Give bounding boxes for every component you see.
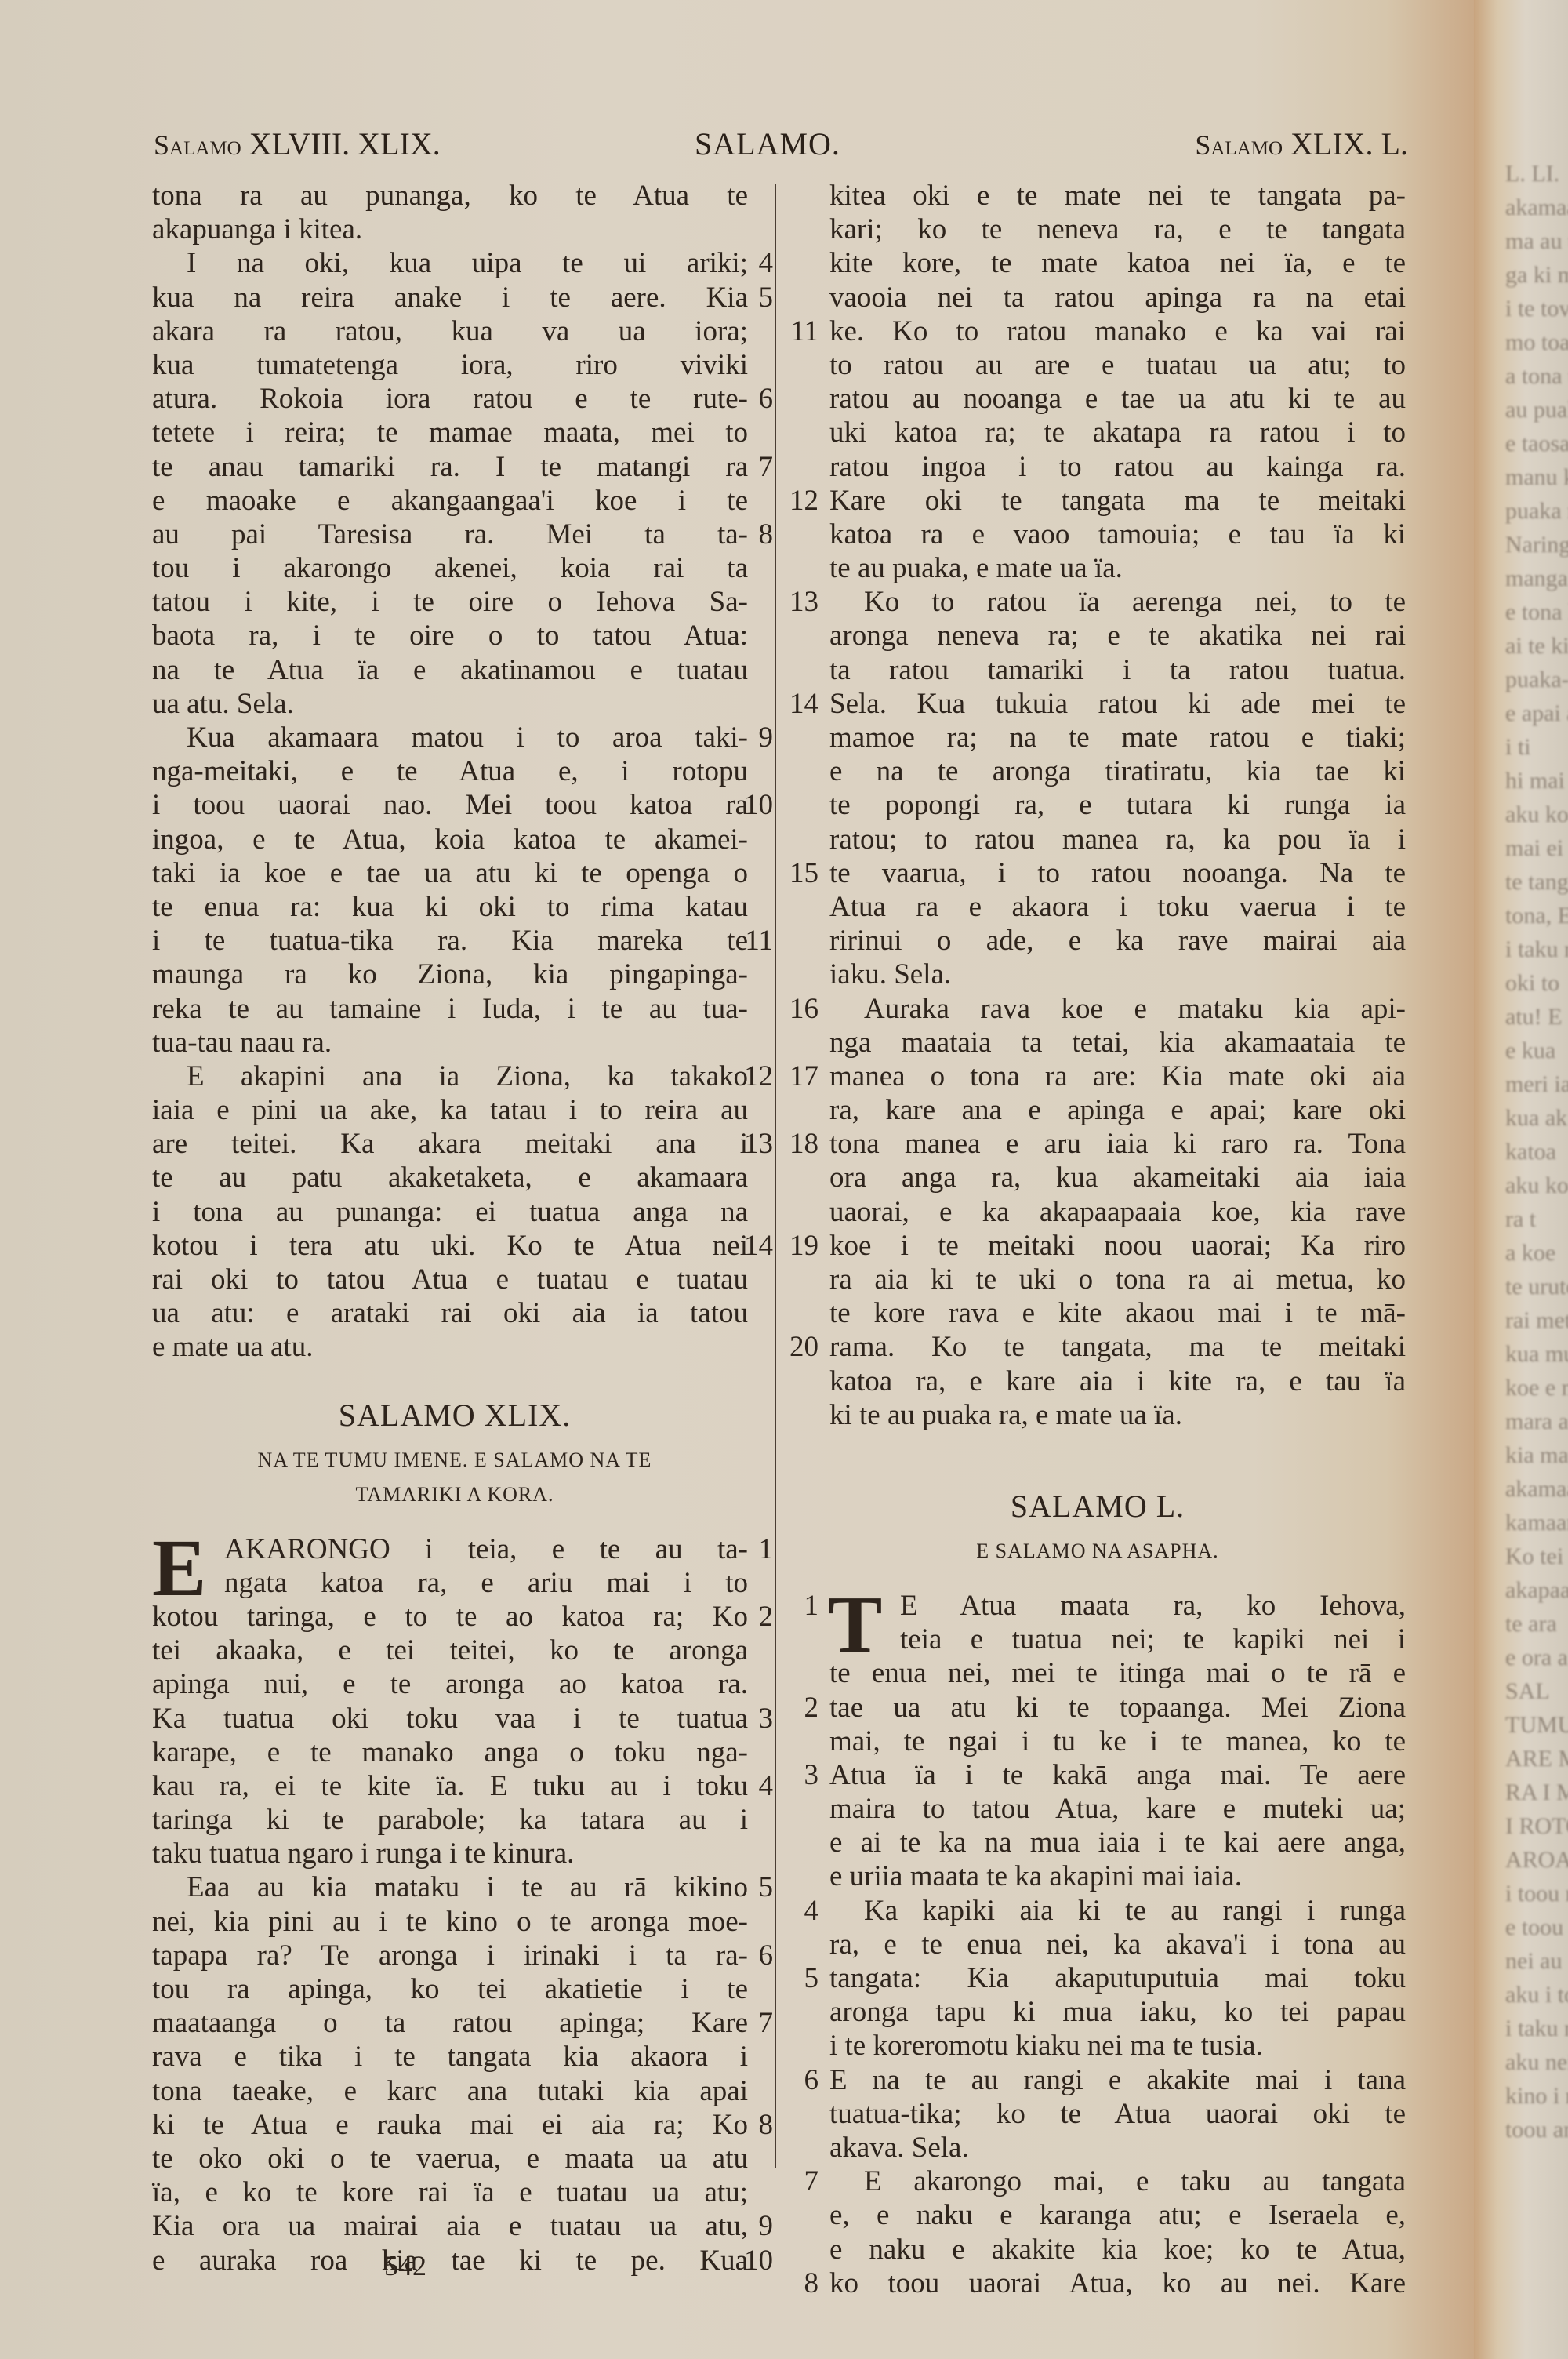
text-line: Kare oki te tangata ma te meitaki12 [784,484,1411,518]
line-text: ko toou uaorai Atua, ko au nei. Kare [829,2266,1406,2300]
text-line: apinga nui, e te aronga ao katoa ra. [152,1667,757,1701]
fragment-line: AROA m [1505,1843,1568,1877]
fragment-line: i ti [1505,730,1568,764]
line-text: uaorai, e ka akapaapaaia koe, kia rave [829,1195,1406,1229]
line-text: Auraka rava koe e mataku kia api- [829,992,1406,1026]
verse-number: 3 [784,1758,818,1792]
fragment-line: manu katoa [1505,460,1568,494]
line-text: te enua ra: kua ki oki to rima katau [152,890,748,924]
line-text: e maoake e akangaangaa'i koe i te [152,484,748,518]
verse-number: 7 [734,450,773,484]
line-text: ta ratou tamariki i ta ratou tuatua. [829,653,1406,687]
text-line: Eaa au kia mataku i te au rā kikino5 [152,1870,757,1904]
line-text: rai oki to tatou Atua e tuatau e tuatau [152,1263,748,1296]
text-line: e maoake e akangaangaa'i koe i te [152,484,757,518]
line-text: iaia e pini ua ake, ka tatau i to reira … [152,1093,748,1127]
text-line: tona taeake, e karc ana tutaki kia apai [152,2074,757,2108]
line-text: kau ra, ei te kite ïa. E tuku au i toku [152,1769,748,1803]
line-text: nei, kia pini au i te kino o te aronga m… [152,1905,748,1939]
text-line: Sela. Kua tukuia ratou ki ade mei te14 [784,687,1411,721]
psalm-title-xlix: SALAMO XLIX. [152,1388,757,1443]
text-line: ïa, e ko te kore rai ïa e tuatau ua atu; [152,2175,757,2209]
left-column: tona ra au punanga, ko te Atua teakapuan… [152,179,757,2277]
fragment-line: katoa [1505,1135,1568,1169]
line-text: ki te Atua e rauka mai ei aia ra; Ko [152,2108,748,2142]
line-text: kua tumatetenga iora, riro viviki [152,348,748,382]
text-line: kari; ko te neneva ra, e te tangata [784,213,1411,246]
line-text: ratou; to ratou manea ra, ka pou ïa i [829,823,1406,856]
text-line: uaorai, e ka akapaapaaia koe, kia rave [784,1195,1411,1229]
fragment-line: e apai atu [1505,696,1568,730]
psalm-subtitle-line-2: TAMARIKI A KORA. [152,1478,757,1512]
text-line: e mate ua atu. [152,1330,757,1364]
text-line: ngata katoa ra, e ariu mai i to [152,1566,757,1600]
line-text: taki ia koe e tae ua atu ki te openga o [152,856,748,890]
text-line: kotou i tera atu uki. Ko te Atua nei14 [152,1229,757,1263]
line-text: E na te au rangi e akakite mai i tana [829,2063,1406,2097]
text-line: aronga neneva ra; e te akatika nei rai [784,619,1411,652]
text-line: nei, kia pini au i te kino o te aronga m… [152,1905,757,1939]
fragment-line: ai te kiko b [1505,629,1568,663]
text-line: E na te au rangi e akakite mai i tana6 [784,2063,1411,2097]
line-text: tua-tau naau ra. [152,1026,748,1060]
line-text: aronga tapu ki mua iaku, ko tei papau [829,1995,1406,2029]
text-line: Ka kapiki aia ki te au rangi i runga4 [784,1894,1411,1928]
line-text: aronga neneva ra; e te akatika nei rai [829,619,1406,652]
text-line: tou ra apinga, ko tei akatietie i te [152,1972,757,2006]
line-text: i te tuatua-tika ra. Kia mareka te [152,924,748,958]
psalm-subtitle-line-1: NA TE TUMU IMENE. E SALAMO NA TE [152,1443,757,1478]
line-text: akava. Sela. [829,2131,1406,2165]
verse-number: 4 [734,246,773,280]
text-line: ki te Atua e rauka mai ei aia ra; Ko8 [152,2108,757,2142]
text-line: Ko to ratou ïa aerenga nei, to te13 [784,585,1411,619]
verse-number: 10 [734,2244,773,2277]
verse-number: 8 [734,2108,773,2142]
verse-number: 20 [784,1330,818,1364]
verse-number: 17 [784,1060,818,1093]
text-line: reka te au tamaine i Iuda, i te au tua- [152,992,757,1026]
psalm-subtitle: E SALAMO NA ASAPHA. [784,1534,1411,1568]
line-text: te kore rava e kite akaou mai i te mā- [829,1296,1406,1330]
line-text: te vaarua, i to ratou nooanga. Na te [829,856,1406,890]
line-text: Atua ïa i te kakā anga mai. Te aere [829,1758,1406,1792]
line-text: e, e naku e karanga atu; e Iseraela e, [829,2198,1406,2232]
line-text: tei akaaka, e tei teitei, ko te aronga [152,1634,748,1667]
fragment-line: ga ki mua ia [1505,258,1568,292]
line-text: kotou taringa, e to te ao katoa ra; Ko [152,1600,748,1634]
text-line: rava e tika i te tangata kia akaora i [152,2040,757,2074]
fragment-line: e ora a t [1505,1641,1568,1674]
line-text: Kua akamaara matou i to aroa taki- [152,721,748,754]
text-line: ora anga ra, kua akameitaki aia iaia [784,1161,1411,1194]
fragment-line: kua ak [1505,1101,1568,1135]
line-text: ke. Ko to ratou manako e ka vai rai [829,314,1406,348]
line-text: ra, e te enua nei, ka akava'i i tona au [829,1928,1406,1961]
line-text: ngata katoa ra, e ariu mai i to [224,1566,748,1600]
text-line: ratou; to ratou manea ra, ka pou ïa i [784,823,1411,856]
line-text: Atua ra e akaora i toku vaerua i te [829,890,1406,924]
line-text: akapuanga i kitea. [152,213,748,246]
text-line: katoa ra, e kare aia i kite ra, e tau ïa [784,1365,1411,1398]
line-text: te oko oki o te vaerua, e maata ua atu [152,2142,748,2175]
text-line: tuatua-tika; ko te Atua uaorai oki te [784,2097,1411,2131]
text-line: e, e naku e karanga atu; e Iseraela e, [784,2198,1411,2232]
line-text: na te Atua ïa e akatinamou e tuatau [152,653,748,687]
line-text: te au patu akaketaketa, e akamaara [152,1161,748,1194]
line-text: taringa ki te parabole; ka tatara au i [152,1803,748,1837]
text-line: kotou taringa, e to te ao katoa ra; Ko2 [152,1600,757,1634]
next-page-curl: L. LI.akamaara ia koma au tusia kga ki m… [1474,0,1568,2359]
verse-number: 14 [734,1229,773,1263]
line-text: tuatua-tika; ko te Atua uaorai oki te [829,2097,1406,2131]
line-text: ki te au puaka ra, e mate ua ïa. [829,1398,1406,1432]
line-text: taku tuatua ngaro i runga i te kinura. [152,1837,748,1870]
line-text: Kare oki te tangata ma te meitaki [829,484,1406,518]
line-text: tatou i kite, i te oire o Iehova Sa- [152,585,748,619]
line-text: maira to tatou Atua, kare e muteki ua; [829,1792,1406,1826]
line-text: kua na reira anake i te aere. Kia [152,281,748,314]
fragment-line: Naringa [1505,528,1568,562]
line-text: tona ra au punanga, ko te Atua te [152,179,748,213]
text-line: e auraka roa kia tae ki te pe. Kua10 [152,2244,757,2277]
text-line: E akapini ana ia Ziona, ka takako12 [152,1060,757,1093]
line-text: i toou uaorai nao. Mei toou katoa ra [152,788,748,822]
text-line: nga maataia ta tetai, kia akamaataia te [784,1026,1411,1060]
fragment-line: I ROTO E [1505,1809,1568,1843]
fragment-line: aku ko [1505,1169,1568,1202]
line-text: ra aia ki te uki o tona ra ai metua, ko [829,1263,1406,1296]
line-text: I na oki, kua uipa te ui ariki; [152,246,748,280]
verse-number: 10 [734,788,773,822]
text-line: e uriia maata te ka akapini mai iaia. [784,1859,1411,1893]
text-line: ua atu: e arataki rai oki aia ia tatou [152,1296,757,1330]
text-line: tua-tau naau ra. [152,1026,757,1060]
fragment-line: RA I MU [1505,1776,1568,1809]
line-text: mamoe ra; na te mate ratou e tiaki; [829,721,1406,754]
fragment-line: mai ei koe [1505,831,1568,865]
line-text: kitea oki e te mate nei te tangata pa- [829,179,1406,213]
fragment-line: puaka-ni [1505,663,1568,696]
text-line: ki te au puaka ra, e mate ua ïa. [784,1398,1411,1432]
fragment-line: Ko tei [1505,1539,1568,1573]
verse-number: 7 [784,2165,818,2198]
fragment-line: a koe [1505,1236,1568,1270]
line-text: Sela. Kua tukuia ratou ki ade mei te [829,687,1406,721]
text-line: te oko oki o te vaerua, e maata ua atu [152,2142,757,2175]
text-line: te enua nei, mei te itinga mai o te rā e [784,1656,1411,1690]
text-line: tatou i kite, i te oire o Iehova Sa- [152,585,757,619]
verse-number: 8 [784,2266,818,2300]
fragment-line: mo toa no [1505,325,1568,359]
verse-number: 1 [734,1532,773,1566]
text-line: kite kore, te mate katoa nei ïa, e te [784,246,1411,280]
psalm-title-l: SALAMO L. [784,1479,1411,1534]
line-text: E Atua maata ra, ko Iehova, [900,1589,1406,1623]
line-text: tona taeake, e karc ana tutaki kia apai [152,2074,748,2108]
text-line: tae ua atu ki te topaanga. Mei Ziona2 [784,1691,1411,1725]
text-line: taringa ki te parabole; ka tatara au i [152,1803,757,1837]
text-line: ririnui o ade, e ka rave mairai aia [784,924,1411,958]
fragment-line: ma au tusia k [1505,224,1568,258]
fragment-line: aku nei [1505,2045,1568,2079]
verse-number: 5 [734,1870,773,1904]
text-line: koe i te meitaki noou uaorai; Ka riro19 [784,1229,1411,1263]
fragment-line: kino i m [1505,2079,1568,2113]
fragment-line: kua mute [1505,1337,1568,1371]
text-line: ke. Ko to ratou manako e ka vai rai11 [784,314,1411,348]
fragment-line: ARE MAI [1505,1742,1568,1776]
fragment-line: e kua [1505,1034,1568,1067]
text-line: maunga ra ko Ziona, kia pingapinga- [152,958,757,991]
fragment-line: i taku n [1505,2012,1568,2045]
line-text: ratou au nooanga e tae ua atu ki te au [829,382,1406,416]
text-line: katoa ra e vaoo tamouia; e tau ïa ki [784,518,1411,551]
fragment-line: te ara [1505,1607,1568,1641]
text-line: i te koreromotu kiaku nei ma te tusia. [784,2029,1411,2063]
verse-number: 4 [784,1894,818,1928]
text-line: tangata: Kia akaputuputuia mai toku5 [784,1961,1411,1995]
line-text: koe i te meitaki noou uaorai; Ka riro [829,1229,1406,1263]
text-line: akara ra ratou, kua va ua iora; [152,314,757,348]
header-right: Salamo XLIX. L. [1195,125,1408,162]
verse-number: 13 [784,585,818,619]
fragment-line: atu! E [1505,1000,1568,1034]
line-text: teia e tuatua nei; te kapiki nei i [900,1623,1406,1656]
text-line: baota ra, i te oire o to tatou Atua: [152,619,757,652]
text-line: te anau tamariki ra. I te matangi ra7 [152,450,757,484]
line-text: vaooia nei ta ratou apinga ra na etai [829,281,1406,314]
line-text: te enua nei, mei te itinga mai o te rā e [829,1656,1406,1690]
line-text: e ai te ka na mua iaia i te kai aere ang… [829,1826,1406,1859]
line-text: au pai Taresisa ra. Mei ta ta- [152,518,748,551]
column-divider [775,184,776,2168]
text-line: i te tuatua-tika ra. Kia mareka te11 [152,924,757,958]
fragment-line: i taku n [1505,932,1568,966]
verse-number: 2 [784,1691,818,1725]
text-line: mamoe ra; na te mate ratou e tiaki; [784,721,1411,754]
text-line: iaia e pini ua ake, ka tatau i to reira … [152,1093,757,1127]
text-line: ingoa, e te Atua, koia katoa te akamei- [152,823,757,856]
line-text: atura. Rokoia iora ratou e te rute- [152,382,748,416]
verse-number: 12 [734,1060,773,1093]
text-line: e naku e akakite kia koe; ko te Atua, [784,2233,1411,2266]
fragment-line: TUMU IMEN [1505,1708,1568,1742]
line-text: ratou ingoa i to ratou au kainga ra. [829,450,1406,484]
text-line: au pai Taresisa ra. Mei ta ta-8 [152,518,757,551]
line-text: E akarongo mai, e taku au tangata [829,2165,1406,2198]
verse-number: 4 [734,1769,773,1803]
line-text: Ko to ratou ïa aerenga nei, to te [829,585,1406,619]
line-text: ingoa, e te Atua, koia katoa te akamei- [152,823,748,856]
line-text: are teitei. Ka akara meitaki ana i [152,1127,748,1161]
fragment-line: a tona te au [1505,359,1568,393]
line-text: tou i akarongo akenei, koia rai ta [152,551,748,585]
line-text: e naku e akakite kia koe; ko te Atua, [829,2233,1406,2266]
line-text: kari; ko te neneva ra, e te tangata [829,213,1406,246]
verse-number: 16 [784,992,818,1026]
text-line: Auraka rava koe e mataku kia api-16 [784,992,1411,1026]
text-line: kau ra, ei te kite ïa. E tuku au i toku4 [152,1769,757,1803]
line-text: Eaa au kia mataku i te au rā kikino [152,1870,748,1904]
line-text: apinga nui, e te aronga ao katoa ra. [152,1667,748,1701]
line-text: ra, kare ana e apinga e apai; kare oki [829,1093,1406,1127]
line-text: akara ra ratou, kua va ua iora; [152,314,748,348]
fragment-line: akamaara ia ko [1505,191,1568,224]
text-line: akapuanga i kitea. [152,213,757,246]
line-text: ora anga ra, kua akameitaki aia iaia [829,1161,1406,1194]
text-line: maataanga o ta ratou apinga; Kare7 [152,2006,757,2040]
fragment-line: akapaape [1505,1573,1568,1607]
text-line: te au puaka, e mate ua ïa. [784,551,1411,585]
next-page-fragment-text: L. LI.akamaara ia koma au tusia kga ki m… [1505,157,1568,2146]
text-line: ra, e te enua nei, ka akava'i i tona au [784,1928,1411,1961]
text-line: aronga tapu ki mua iaku, ko tei papau [784,1995,1411,2029]
line-text: e na te aronga tiratiratu, kia tae ki [829,754,1406,788]
text-line: atura. Rokoia iora ratou e te rute-6 [152,382,757,416]
fragment-line: rai metu [1505,1303,1568,1337]
fragment-line: puaka mou [1505,494,1568,528]
header-left: Salamo XLVIII. XLIX. [154,125,441,162]
line-text: tae ua atu ki te topaanga. Mei Ziona [829,1691,1406,1725]
verse-number: 6 [734,1939,773,1972]
text-line: e ai te ka na mua iaia i te kai aere ang… [784,1826,1411,1859]
text-line: E akarongo mai, e taku au tangata7 [784,2165,1411,2198]
text-line: to ratou au are e tuatau ua atu; to [784,348,1411,382]
fragment-line: te tanga [1505,865,1568,899]
fragment-line: e toou r [1505,1910,1568,1944]
text-line: ratou au nooanga e tae ua atu ki te au [784,382,1411,416]
text-line: Atua ïa i te kakā anga mai. Te aere3 [784,1758,1411,1792]
line-text: e mate ua atu. [152,1330,748,1364]
text-line: e na te aronga tiratiratu, kia tae ki [784,754,1411,788]
line-text: rava e tika i te tangata kia akaora i [152,2040,748,2074]
text-line: tei akaaka, e tei teitei, ko te aronga [152,1634,757,1667]
fragment-line: tona, Ea [1505,899,1568,932]
line-text: baota ra, i te oire o to tatou Atua: [152,619,748,652]
line-text: uki katoa ra; te akatapa ra ratou i to [829,416,1406,449]
text-line: nga-meitaki, e te Atua e, i rotopu [152,754,757,788]
verse-number: 8 [734,518,773,551]
text-line: ua atu. Sela. [152,687,757,721]
fragment-line: kia marie [1505,1438,1568,1472]
text-line: ra, kare ana e apinga e apai; kare oki [784,1093,1411,1127]
line-text: e uriia maata te ka akapini mai iaia. [829,1859,1406,1893]
line-text: to ratou au are e tuatau ua atu; to [829,348,1406,382]
text-line: taki ia koe e tae ua atu ki te openga o [152,856,757,890]
verse-number: 12 [784,484,818,518]
right-column: kitea oki e te mate nei te tangata pa-ka… [784,179,1411,2300]
text-line: Ka tuatua oki toku vaa i te tuatua3 [152,1702,757,1736]
text-line: taku tuatua ngaro i runga i te kinura. [152,1837,757,1870]
line-text: te popongi ra, e tutara ki runga ia [829,788,1406,822]
fragment-line: manga atu k [1505,562,1568,595]
text-line: mai, te ngai i tu ke i te manea, ko te [784,1725,1411,1758]
right-column-top-text: kitea oki e te mate nei te tangata pa-ka… [784,179,1411,1432]
line-text: ririnui o ade, e ka rave mairai aia [829,924,1406,958]
line-text: tou ra apinga, ko tei akatietie i te [152,1972,748,2006]
running-header: Salamo XLVIII. XLIX. SALAMO. Salamo XLIX… [154,125,1408,165]
line-text: e auraka roa kia tae ki te pe. Kua [152,2244,748,2277]
verse-number: 5 [734,281,773,314]
verse-number: 6 [784,2063,818,2097]
left-column-top-text: tona ra au punanga, ko te Atua teakapuan… [152,179,757,1365]
text-line: rama. Ko te tangata, ma te meitaki20 [784,1330,1411,1364]
text-line: Kua akamaara matou i to aroa taki-9 [152,721,757,754]
text-line: tou i akarongo akenei, koia rai ta [152,551,757,585]
line-text: AKARONGO i teia, e te au ta- [224,1532,748,1566]
fragment-line: mara au i [1505,1405,1568,1438]
fragment-line: e tona ki [1505,595,1568,629]
verse-number: 14 [784,687,818,721]
line-text: ua atu. Sela. [152,687,748,721]
fragment-line: meri ia k [1505,1067,1568,1101]
line-text: kite kore, te mate katoa nei ïa, e te [829,246,1406,280]
verse-number: 18 [784,1127,818,1161]
line-text: tangata: Kia akaputuputuia mai toku [829,1961,1406,1995]
verse-number: 15 [784,856,818,890]
line-text: Kia ora ua mairai aia e tuatau ua atu, [152,2209,748,2243]
verse-number: 11 [734,924,773,958]
text-line: vaooia nei ta ratou apinga ra na etai [784,281,1411,314]
line-text: nga-meitaki, e te Atua e, i rotopu [152,754,748,788]
text-line: ko toou uaorai Atua, ko au nei. Kare8 [784,2266,1411,2300]
text-line: i toou uaorai nao. Mei toou katoa ra10 [152,788,757,822]
line-text: tapapa ra? Te aronga i irinaki i ta ra- [152,1939,748,1972]
text-line: uki katoa ra; te akatapa ra ratou i to [784,416,1411,449]
line-text: maunga ra ko Ziona, kia pingapinga- [152,958,748,991]
text-line: te enua ra: kua ki oki to rima katau [152,890,757,924]
text-line: ratou ingoa i to ratou au kainga ra. [784,450,1411,484]
text-line: rai oki to tatou Atua e tuatau e tuatau [152,1263,757,1296]
line-text: mai, te ngai i tu ke i te manea, ko te [829,1725,1406,1758]
fragment-line: aku i tok [1505,1978,1568,2012]
line-text: tona manea e aru iaia ki raro ra. Tona [829,1127,1406,1161]
fragment-line: koe e me [1505,1371,1568,1405]
fragment-line: i toou ra [1505,1877,1568,1910]
text-line: akava. Sela. [784,2131,1411,2165]
line-text: ïa, e ko te kore rai ïa e tuatau ua atu; [152,2175,748,2209]
text-line: kua tumatetenga iora, riro viviki [152,348,757,382]
right-column-bottom-text: T E Atua maata ra, ko Iehova,1teia e tua… [784,1589,1411,2300]
text-line: kua na reira anake i te aere. Kia5 [152,281,757,314]
verse-number: 9 [734,721,773,754]
fragment-line: nei au [1505,1944,1568,1978]
header-center: SALAMO. [695,125,840,162]
text-line: manea o tona ra are: Kia mate oki aia17 [784,1060,1411,1093]
line-text: katoa ra, e kare aia i kite ra, e tau ïa [829,1365,1406,1398]
line-text: maataanga o ta ratou apinga; Kare [152,2006,748,2040]
text-line: te kore rava e kite akaou mai i te mā- [784,1296,1411,1330]
fragment-line: akamaara [1505,1472,1568,1506]
text-line: karape, e te manako anga o toku nga- [152,1736,757,1769]
verse-number: 13 [734,1127,773,1161]
verse-number: 5 [784,1961,818,1995]
line-text: Ka kapiki aia ki te au rangi i runga [829,1894,1406,1928]
line-text: i tona au punanga: ei tuatua anga na [152,1195,748,1229]
fragment-line: ra t [1505,1202,1568,1236]
book-page: Salamo XLVIII. XLIX. SALAMO. Salamo XLIX… [0,0,1474,2359]
line-text: te anau tamariki ra. I te matangi ra [152,450,748,484]
fragment-line: i te tovi no [1505,292,1568,325]
fragment-line: te urutoe [1505,1270,1568,1303]
text-line: tapapa ra? Te aronga i irinaki i ta ra-6 [152,1939,757,1972]
text-line: AKARONGO i teia, e te au ta-1 [152,1532,757,1566]
fragment-line: aku koe [1505,798,1568,831]
text-line: tona manea e aru iaia ki raro ra. Tona18 [784,1127,1411,1161]
text-line: I na oki, kua uipa te ui ariki;4 [152,246,757,280]
text-line: teia e tuatua nei; te kapiki nei i [784,1623,1411,1656]
